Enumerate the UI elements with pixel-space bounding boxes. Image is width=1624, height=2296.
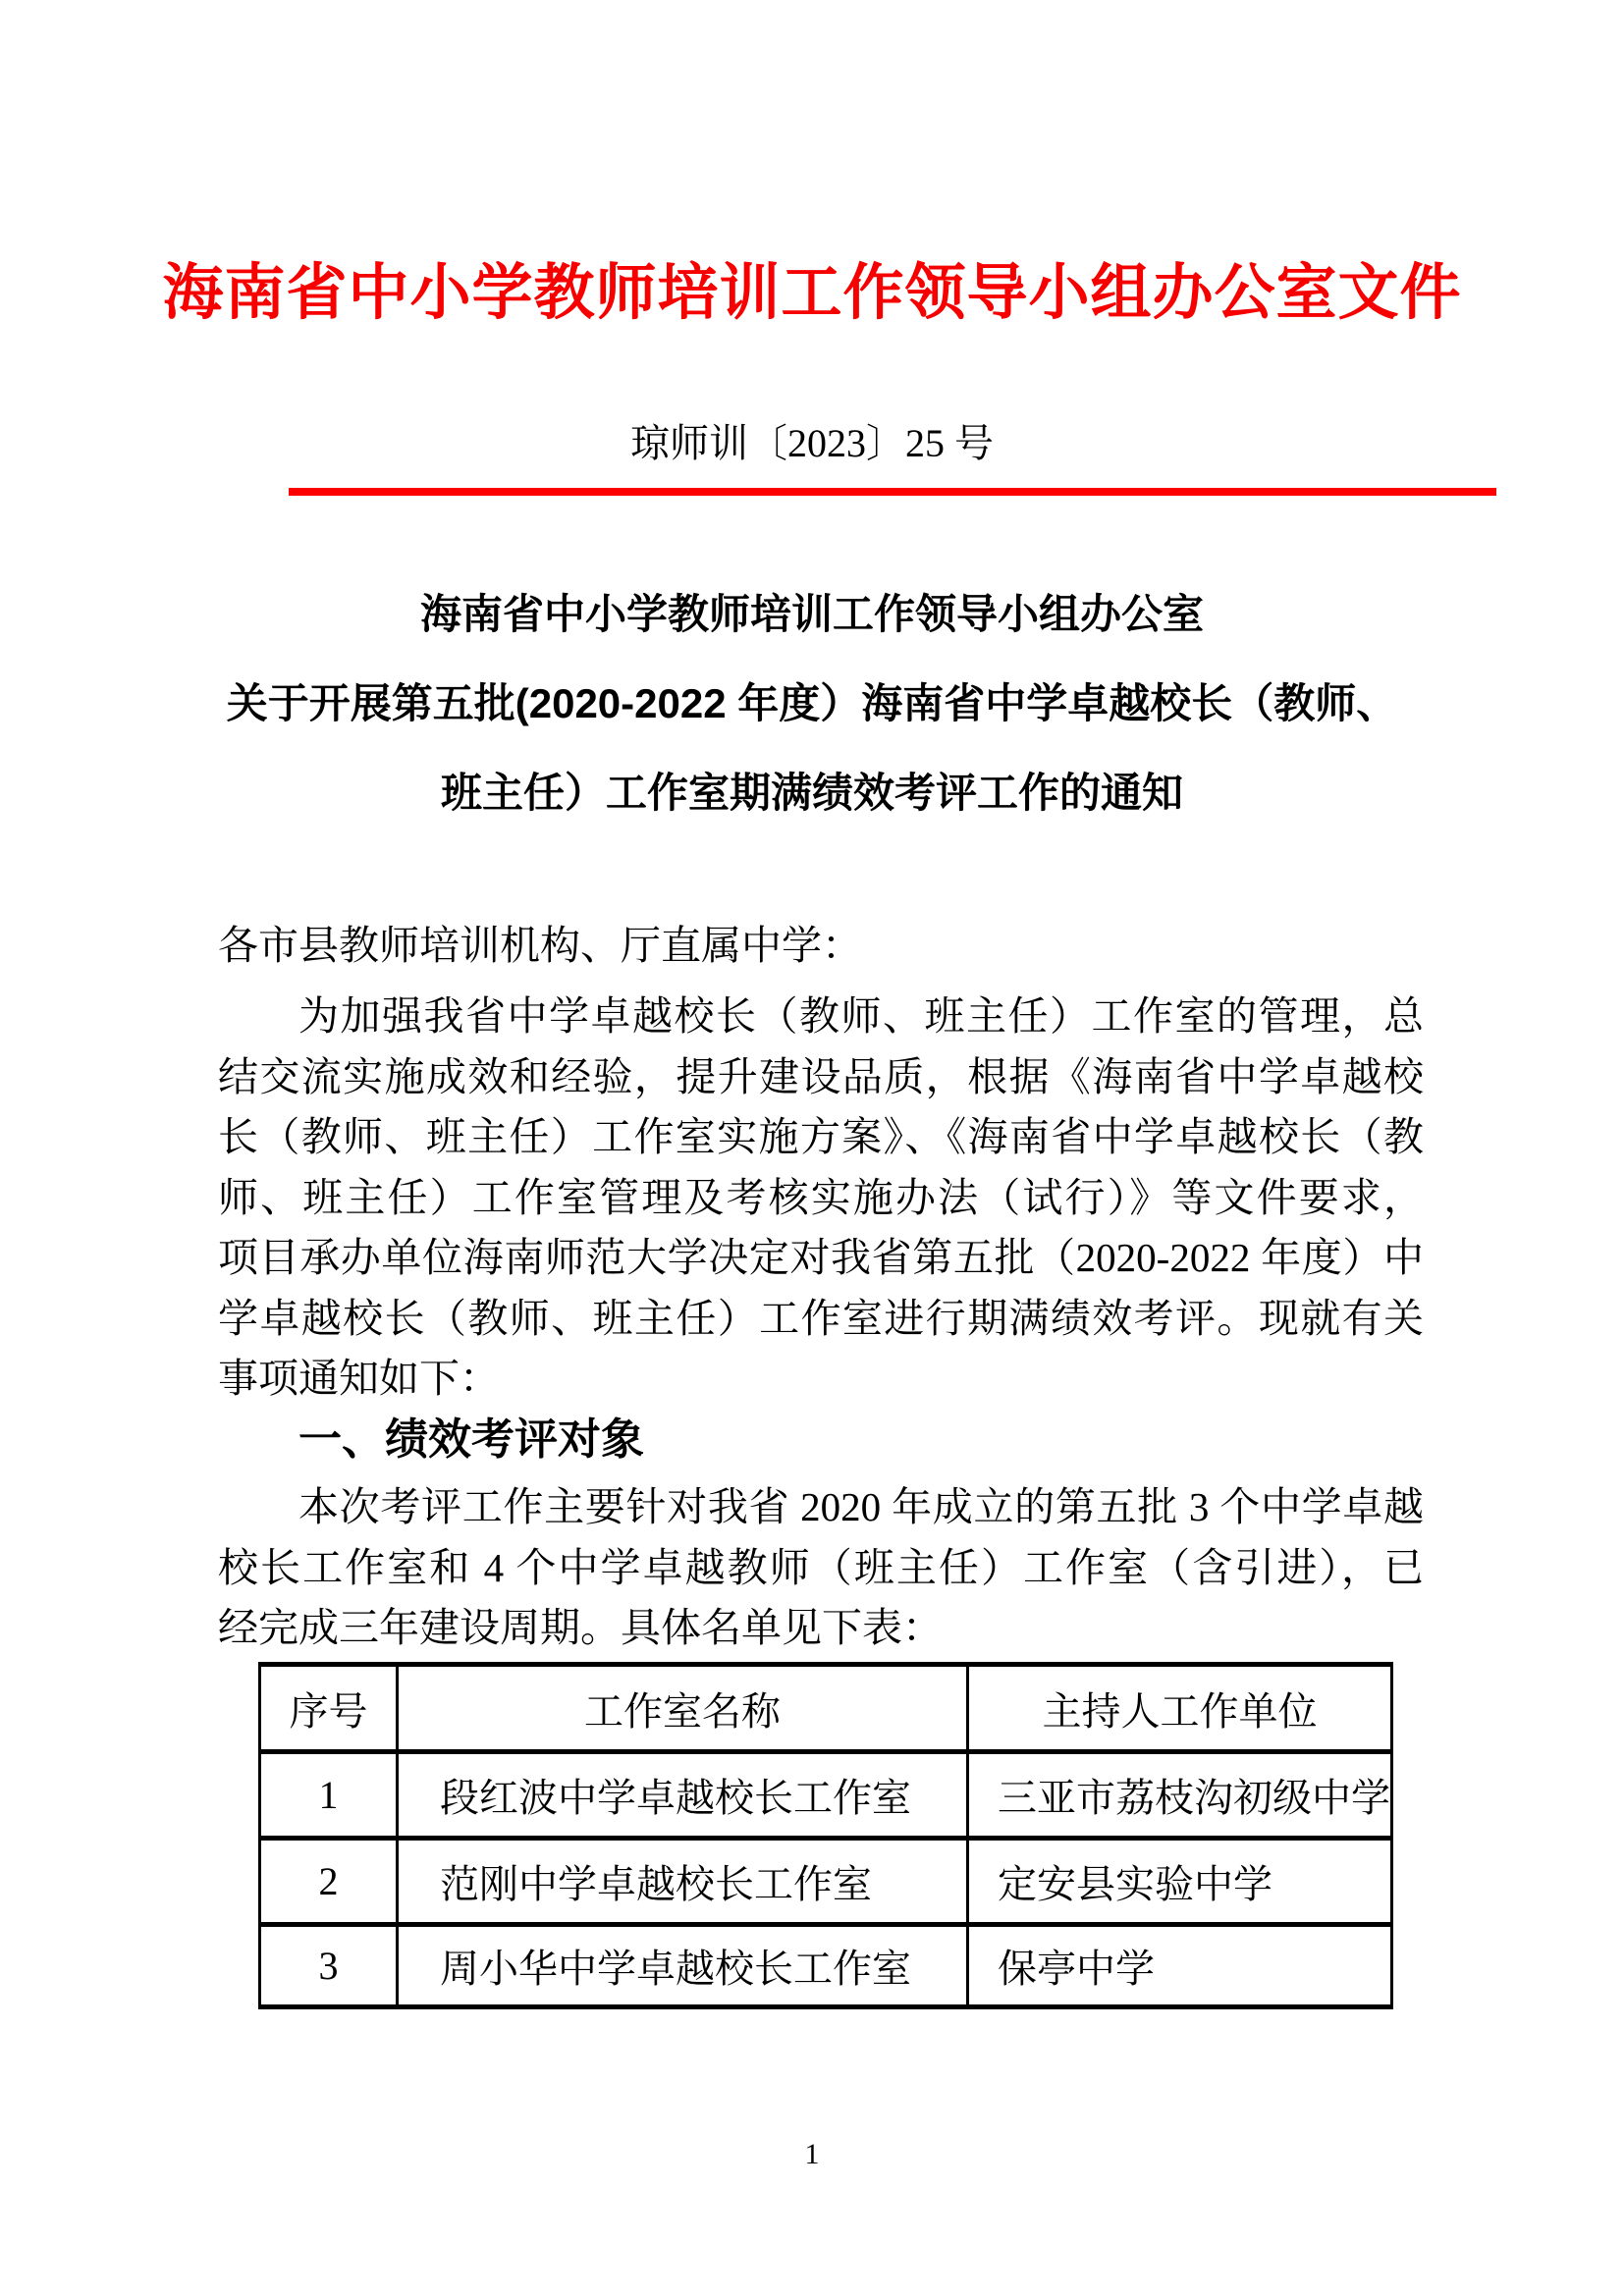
doc-number: 琼师训〔2023〕25 号 [0,412,1624,468]
page-number: 1 [0,2138,1624,2171]
cell-host-org: 三亚市荔枝沟初级中学 [968,1752,1392,1839]
workstation-table: 序号 工作室名称 主持人工作单位 1 段红波中学卓越校长工作室 三亚市荔枝沟初级… [258,1662,1393,2009]
body-line: 师、班主任）工作室管理及考核实施办法（试行）》等文件要求， [218,1168,1424,1229]
body-line: 为加强我省中学卓越校长（教师、班主任）工作室的管理，总 [218,987,1424,1047]
body-line: 本次考评工作主要针对我省 2020 年成立的第五批 3 个中学卓越 [218,1477,1424,1538]
cell-workstation-name: 范刚中学卓越校长工作室 [398,1839,968,1925]
red-header-title: 海南省中小学教师培训工作领导小组办公室文件 [0,243,1624,331]
cell-host-org: 保亭中学 [968,1925,1392,2007]
notice-title-line-3: 班主任）工作室期满绩效考评工作的通知 [111,748,1513,837]
cell-workstation-name: 周小华中学卓越校长工作室 [398,1925,968,2007]
document-page: 海南省中小学教师培训工作领导小组办公室文件 琼师训〔2023〕25 号 海南省中… [0,0,1624,2296]
red-divider-line [289,488,1496,496]
body-line: 校长工作室和 4 个中学卓越教师（班主任）工作室（含引进），已 [218,1538,1424,1599]
body-paragraph-1: 为加强我省中学卓越校长（教师、班主任）工作室的管理，总 结交流实施成效和经验，提… [218,987,1424,1410]
body-line: 学卓越校长（教师、班主任）工作室进行期满绩效考评。现就有关 [218,1289,1424,1350]
header-cell-name: 工作室名称 [398,1665,968,1752]
cell-index: 1 [260,1752,398,1839]
body-line: 项目承办单位海南师范大学决定对我省第五批（2020-2022 年度）中 [218,1228,1424,1289]
header-cell-org: 主持人工作单位 [968,1665,1392,1752]
table-header-row: 序号 工作室名称 主持人工作单位 [260,1665,1392,1752]
table-row: 3 周小华中学卓越校长工作室 保亭中学 [260,1925,1392,2007]
body-paragraph-2: 本次考评工作主要针对我省 2020 年成立的第五批 3 个中学卓越 校长工作室和… [218,1477,1424,1659]
cell-index: 2 [260,1839,398,1925]
salutation: 各市县教师培训机构、厅直属中学： [218,916,1424,976]
body-line: 经完成三年建设周期。具体名单见下表： [218,1598,1424,1659]
body-line: 事项通知如下： [218,1349,1424,1410]
notice-title-line-1: 海南省中小学教师培训工作领导小组办公室 [111,569,1513,659]
cell-host-org: 定安县实验中学 [968,1839,1392,1925]
cell-index: 3 [260,1925,398,2007]
body-line: 长（教师、班主任）工作室实施方案》、《海南省中学卓越校长（教 [218,1107,1424,1168]
table-row: 2 范刚中学卓越校长工作室 定安县实验中学 [260,1839,1392,1925]
body-line: 结交流实施成效和经验，提升建设品质，根据《海南省中学卓越校 [218,1047,1424,1108]
notice-title-line-2: 关于开展第五批(2020-2022 年度）海南省中学卓越校长（教师、 [111,659,1513,748]
table-row: 1 段红波中学卓越校长工作室 三亚市荔枝沟初级中学 [260,1752,1392,1839]
cell-workstation-name: 段红波中学卓越校长工作室 [398,1752,968,1839]
notice-title: 海南省中小学教师培训工作领导小组办公室 关于开展第五批(2020-2022 年度… [111,569,1513,837]
section-heading: 一、绩效考评对象 [298,1412,1280,1468]
header-cell-index: 序号 [260,1665,398,1752]
